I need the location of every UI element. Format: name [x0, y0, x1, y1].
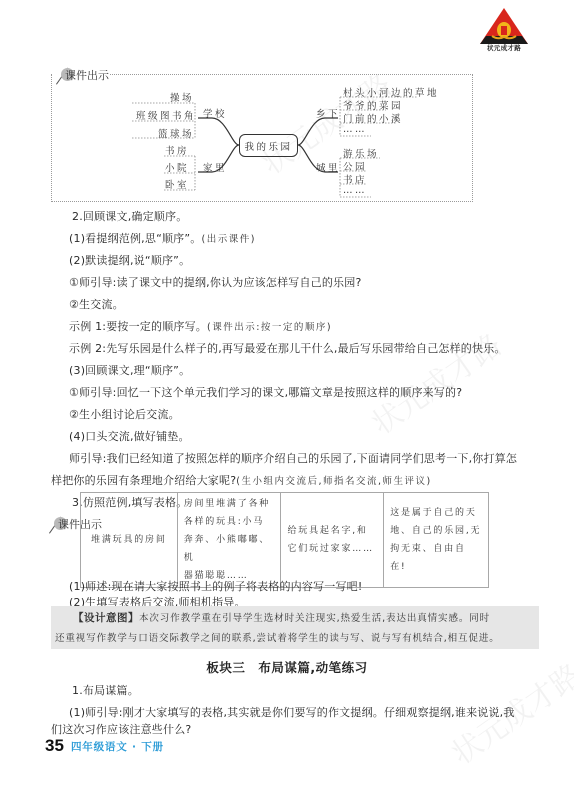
paragraph: (3)回顾课文,理“顺序”。 — [69, 362, 190, 378]
leaf-item: 篮球场 — [158, 126, 194, 140]
cell-line: 它们玩过家家…… — [287, 540, 377, 558]
paragraph: ②生小组讨论后交流。 — [69, 406, 180, 422]
logo-text: 状元成才路 — [476, 43, 532, 52]
step-heading: 1.布局谋篇。 — [72, 682, 139, 698]
leaf-item: 小院 — [165, 160, 189, 174]
design-intent-box: 【设计意图】本次习作教学重在引导学生选材时关注现实,热爱生活,表达出真情实感。同… — [51, 606, 539, 649]
design-intent-line: 【设计意图】本次习作教学重在引导学生选材时关注现实,热爱生活,表达出真情实感。同… — [55, 608, 535, 629]
branch-label-school: 学校 — [203, 106, 227, 120]
paragraph: 们这次习作应该注意些什么? — [51, 721, 191, 737]
mind-map-center-node: 我的乐园 — [239, 134, 298, 157]
paragraph-note: (生小组内交流后,师指名交流,师生评议) — [236, 476, 431, 487]
section-title: 板块三 布局谋篇,动笔练习 — [0, 658, 574, 676]
paragraph: (1)师引导:刚才大家填写的表格,其实就是你们要写的作文提纲。仔细观察提纲,谁来… — [69, 704, 515, 720]
leaf-item: …… — [343, 185, 367, 196]
paragraph-text: 样把你的乐园有条理地介绍给大家呢? — [51, 474, 236, 487]
leaf-item: 卧室 — [165, 177, 189, 191]
leaf-item: 书店 — [343, 172, 367, 186]
paragraph: 示例 1:要按一定的顺序写。(课件出示:按一定的顺序) — [69, 318, 332, 334]
cell-line: 各样的玩具:小马 — [184, 513, 275, 531]
leaf-item: 门前的小溪 — [343, 111, 403, 125]
cell-line: 拘无束、自由自在! — [390, 540, 482, 576]
table-cell: 房间里堆满了各种 各样的玩具:小马 奔奔、小熊嘟嘟、机 器猫聪聪…… — [177, 493, 281, 588]
paragraph: (1)师述:现在请大家按照书上的例子将表格的内容写一写吧! — [69, 578, 363, 594]
leaf-item: 操场 — [170, 90, 194, 104]
leaf-item: 公园 — [343, 159, 367, 173]
outline-table: 堆满玩具的房间 房间里堆满了各种 各样的玩具:小马 奔奔、小熊嘟嘟、机 器猫聪聪… — [80, 492, 489, 588]
paragraph: ①师引导:回忆一下这个单元我们学习的课文,哪篇文章是按照这样的顺序来写的? — [69, 384, 462, 400]
design-intent-text: 本次习作教学重在引导学生选材时关注现实,热爱生活,表达出真情实感。同时 — [139, 613, 490, 624]
leaf-item: 游乐场 — [343, 146, 379, 160]
paragraph-note: (课件出示:按一定的顺序) — [207, 322, 332, 333]
paragraph: ②生交流。 — [69, 296, 124, 312]
paragraph: (1)看提纲范例,思“顺序”。(出示课件) — [69, 230, 256, 246]
cell-line: 这是属于自己的天 — [390, 504, 482, 522]
leaf-item: 村头小河边的草地 — [343, 85, 439, 99]
table-row: 堆满玩具的房间 房间里堆满了各种 各样的玩具:小马 奔奔、小熊嘟嘟、机 器猫聪聪… — [81, 493, 489, 588]
branch-label-city: 城里 — [316, 160, 340, 174]
mind-map-frame-top — [110, 74, 473, 75]
cell-line: 地、自己的乐园,无 — [390, 522, 482, 540]
leaf-item: 书房 — [165, 143, 189, 157]
cell-line: 堆满玩具的房间 — [91, 535, 167, 545]
cell-line: 房间里堆满了各种 — [184, 495, 275, 513]
table-cell: 堆满玩具的房间 — [81, 493, 178, 588]
design-intent-lead: 【设计意图】 — [73, 612, 139, 624]
leaf-item: …… — [343, 124, 367, 135]
paragraph: ①师引导:读了课文中的提纲,你认为应该怎样写自己的乐园? — [69, 274, 362, 290]
book-title: 四年级语文 · 下册 — [71, 739, 164, 754]
paragraph: 师引导:我们已经知道了按照怎样的顺序介绍自己的乐园了,下面请同学们思考一下,你打… — [69, 450, 517, 466]
table-cell: 给玩具起名字,和 它们玩过家家…… — [281, 493, 384, 588]
branch-label-countryside: 乡下 — [316, 106, 340, 120]
paragraph: (2)默读提纲,说“顺序”。 — [69, 252, 190, 268]
cell-line: 奔奔、小熊嘟嘟、机 — [184, 531, 275, 567]
paragraph: (4)口头交流,做好铺垫。 — [69, 428, 190, 444]
page-number: 35 — [45, 736, 64, 756]
design-intent-line: 还重视写作教学与口语交际教学之间的联系,尝试着将学生的读与写、说与写有机结合,相… — [55, 629, 535, 649]
step-heading: 2.回顾课文,确定顺序。 — [72, 208, 187, 224]
paragraph-text: (1)看提纲范例,思“顺序”。 — [69, 232, 201, 245]
table-cell: 这是属于自己的天 地、自己的乐园,无 拘无束、自由自在! — [384, 493, 489, 588]
branch-label-home: 家里 — [203, 160, 227, 174]
paragraph-text: 示例 1:要按一定的顺序写。 — [69, 320, 207, 333]
leaf-item: 班级图书角 — [136, 108, 196, 122]
paragraph: 样把你的乐园有条理地介绍给大家呢?(生小组内交流后,师指名交流,师生评议) — [51, 472, 432, 488]
paragraph: 示例 2:先写乐园是什么样子的,再写最爱在那儿干什么,最后写乐园带给自己怎样的快… — [69, 340, 506, 356]
cell-line: 给玩具起名字,和 — [287, 522, 377, 540]
paragraph-note: (出示课件) — [201, 234, 255, 245]
leaf-item: 爷爷的菜园 — [343, 98, 403, 112]
